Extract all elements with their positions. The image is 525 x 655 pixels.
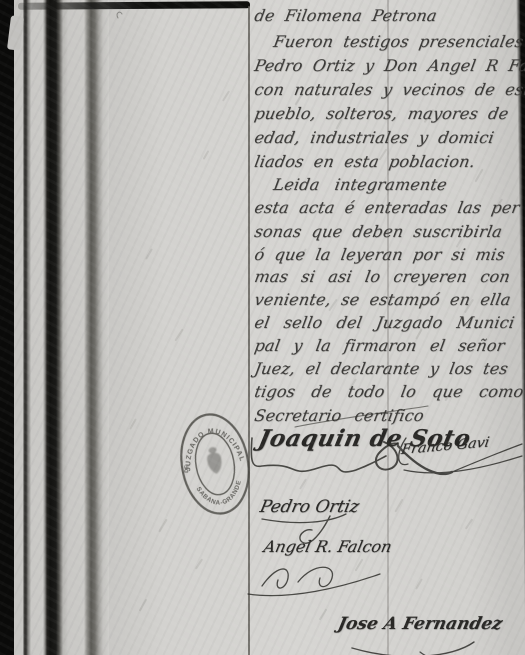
manuscript-line: Leida integramente <box>272 175 449 194</box>
top-edge-shadow-line <box>18 1 250 10</box>
manuscript-line: mas si asi lo creyeren con <box>253 267 512 286</box>
manuscript-line: esta acta é enteradas las per <box>253 198 521 217</box>
manuscript-line: pueblo, solteros, mayores de <box>253 104 510 123</box>
manuscript-line: ó que la leyeran por si mis <box>253 245 507 264</box>
manuscript-line: con naturales y vecinos de este <box>253 80 525 99</box>
manuscript-line: pal y la firmaron el señor <box>253 336 506 355</box>
signature-witness-2: Angel R. Falcon <box>262 537 394 556</box>
manuscript-line: veniente, se estampó en ella <box>253 290 512 309</box>
manuscript-line: de Filomena Petrona <box>253 6 439 25</box>
manuscript-line: el sello del Juzgado Munici <box>253 313 516 332</box>
signature-witness-1: Pedro Ortiz <box>258 497 361 517</box>
stamp-coat-of-arms <box>205 446 223 475</box>
manuscript-line: Secretario certifico <box>253 406 426 425</box>
manuscript-line: Juez, el declarante y los tes <box>253 359 510 378</box>
stamp-left-text: DE <box>184 465 190 473</box>
page-stack-edges <box>14 0 109 655</box>
book-gutter-shadow-left <box>0 0 14 655</box>
manuscript-line: tigos de todo lo que como <box>253 382 525 401</box>
manuscript-line: sonas que deben suscribirla <box>253 222 504 241</box>
margin-rule-line <box>248 6 250 655</box>
signature-closing: Jose A Fernandez <box>336 614 504 634</box>
manuscript-line: Fueron testigos presenciales Don <box>272 32 525 51</box>
manuscript-line: liados en esta poblacion. <box>253 152 477 171</box>
pencil-tick-mark <box>117 12 122 18</box>
document-scan: JUZGADO MUNICIPAL SABANA-GRANDE DE de Fi… <box>0 0 525 655</box>
manuscript-line: Pedro Ortiz y Don Angel R Fal <box>253 56 525 75</box>
manuscript-line: edad, industriales y domici <box>253 128 496 147</box>
